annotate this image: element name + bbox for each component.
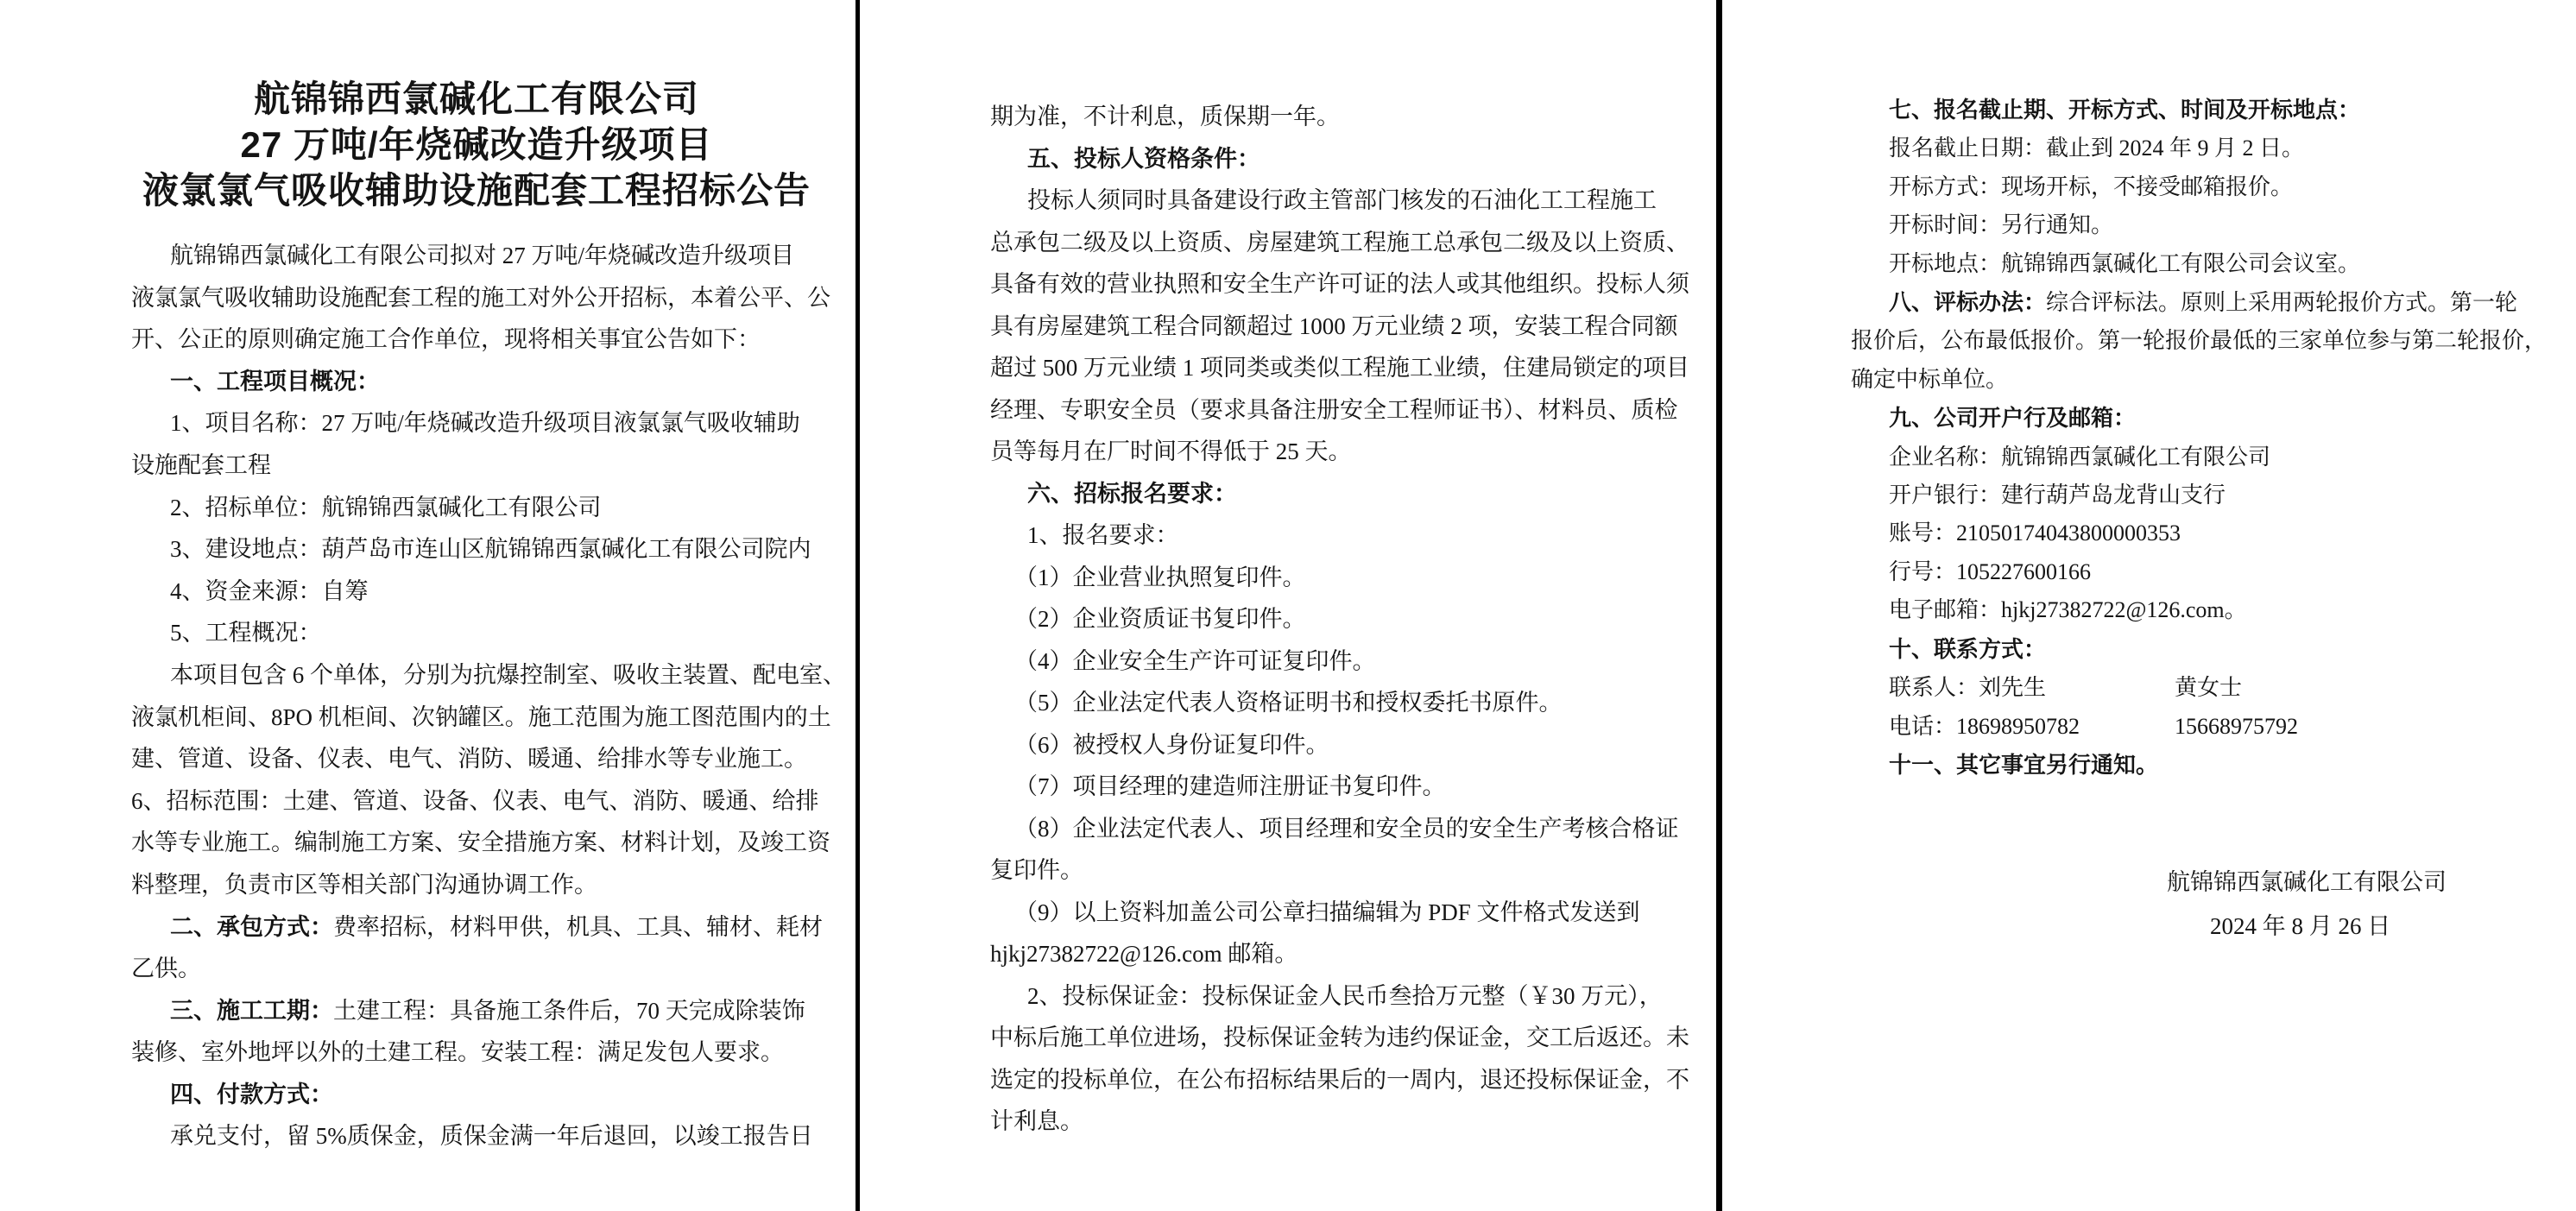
page-3: 七、报名截止期、开标方式、时间及开标地点：报名截止日期：截止到 2024 年 9… xyxy=(1722,0,2576,1211)
text-line: 设施配套工程 xyxy=(131,445,832,487)
text-line: 报名截止日期：截止到 2024 年 9 月 2 日。 xyxy=(1851,129,2552,167)
text-line: （8）企业法定代表人、项目经理和安全员的安全生产考核合格证 xyxy=(990,808,1691,850)
text-line: （7）项目经理的建造师注册证书复印件。 xyxy=(990,766,1691,808)
text-line: 承兑支付，留 5%质保金，质保金满一年后退回，以竣工报告日 xyxy=(131,1115,832,1157)
text-line: 电话：1869895078215668975792 xyxy=(1851,708,2552,746)
document-title: 航锦锦西氯碱化工有限公司27 万吨/年烧碱改造升级项目液氯氯气吸收辅助设施配套工… xyxy=(121,76,832,213)
text-line: 联系人：刘先生黄女士 xyxy=(1851,669,2552,707)
text-line: 建、管道、设备、仪表、电气、消防、暖通、给排水等专业施工。 xyxy=(131,738,832,780)
heading-text: 七、报名截止期、开标方式、时间及开标地点： xyxy=(1889,97,2360,123)
text-line: 液氯氯气吸收辅助设施配套工程的施工对外公开招标，本着公平、公 xyxy=(131,277,832,319)
text-line: （6）被授权人身份证复印件。 xyxy=(990,724,1691,766)
text-line: 2、招标单位：航锦锦西氯碱化工有限公司 xyxy=(131,487,832,529)
text-line: （1）企业营业执照复印件。 xyxy=(990,557,1691,599)
text-line: 6、招标范围：土建、管道、设备、仪表、电气、消防、暖通、给排 xyxy=(131,780,832,823)
text-line: 电子邮箱：hjkj27382722@126.com。 xyxy=(1851,591,2552,629)
text-line: 三、施工工期：土建工程：具备施工条件后，70 天完成除装饰 xyxy=(131,990,832,1032)
text-line: （4）企业安全生产许可证复印件。 xyxy=(990,640,1691,683)
text-line: 经理、专职安全员（要求具备注册安全工程师证书）、材料员、质检 xyxy=(990,389,1691,432)
signature-company: 航锦锦西氯碱化工有限公司 xyxy=(2167,861,2447,905)
text-line: 装修、室外地坪以外的土建工程。安装工程：满足发包人要求。 xyxy=(131,1031,832,1074)
text-line: 期为准，不计利息，质保期一年。 xyxy=(990,96,1691,138)
text-line: 报价后，公布最低报价。第一轮报价最低的三家单位参与第二轮报价， xyxy=(1851,322,2552,360)
heading-text: 三、施工工期： xyxy=(170,998,333,1024)
text-line: 开标地点：航锦锦西氯碱化工有限公司会议室。 xyxy=(1851,245,2552,283)
text-line: 具备有效的营业执照和安全生产许可证的法人或其他组织。投标人须 xyxy=(990,263,1691,306)
text-line: 本项目包含 6 个单体，分别为抗爆控制室、吸收主装置、配电室、 xyxy=(131,654,832,697)
heading-text: 一、工程项目概况： xyxy=(170,369,380,394)
page-1-body: 航锦锦西氯碱化工有限公司拟对 27 万吨/年烧碱改造升级项目液氯氯气吸收辅助设施… xyxy=(131,235,832,1157)
text-line: 十一、其它事宜另行通知。 xyxy=(1851,746,2552,785)
text-line: 航锦锦西氯碱化工有限公司 xyxy=(121,76,832,122)
text-line: 开户银行：建行葫芦岛龙背山支行 xyxy=(1851,476,2552,514)
text-line: 1、报名要求： xyxy=(990,514,1691,557)
text-line: 计利息。 xyxy=(990,1101,1691,1143)
text-line: 企业名称：航锦锦西氯碱化工有限公司 xyxy=(1851,438,2552,476)
text-line: 液氯机柜间、8PO 机柜间、次钠罐区。施工范围为施工图范围内的土 xyxy=(131,697,832,739)
second-column-text: 黄女士 xyxy=(2175,669,2242,707)
text-line: 3、建设地点：葫芦岛市连山区航锦锦西氯碱化工有限公司院内 xyxy=(131,528,832,571)
heading-text: 六、招标报名要求： xyxy=(1027,481,1237,507)
text-line: 27 万吨/年烧碱改造升级项目 xyxy=(121,122,832,167)
text-line: 2、投标保证金：投标保证金人民币叁拾万元整（￥30 万元）， xyxy=(990,975,1691,1018)
page-3-body: 七、报名截止期、开标方式、时间及开标地点：报名截止日期：截止到 2024 年 9… xyxy=(1851,91,2552,785)
page-2-body: 期为准，不计利息，质保期一年。五、投标人资格条件：投标人须同时具备建设行政主管部… xyxy=(990,96,1691,1143)
text-line: 九、公司开户行及邮箱： xyxy=(1851,399,2552,438)
text-line: 七、报名截止期、开标方式、时间及开标地点： xyxy=(1851,91,2552,129)
text-line: 开、公正的原则确定施工合作单位，现将相关事宜公告如下： xyxy=(131,319,832,361)
text-line: 水等专业施工。编制施工方案、安全措施方案、材料计划，及竣工资 xyxy=(131,822,832,864)
text-line: 4、资金来源：自筹 xyxy=(131,571,832,613)
text-line: 具有房屋建筑工程合同额超过 1000 万元业绩 2 项，安装工程合同额 xyxy=(990,306,1691,348)
text-line: 超过 500 万元业绩 1 项同类或类似工程施工业绩，住建局锁定的项目 xyxy=(990,347,1691,389)
signature-block: 航锦锦西氯碱化工有限公司 2024 年 8 月 26 日 xyxy=(2167,861,2447,949)
heading-text: 二、承包方式： xyxy=(170,914,333,940)
text-line: 开标时间：另行通知。 xyxy=(1851,206,2552,244)
text-line: 一、工程项目概况： xyxy=(131,361,832,403)
text-line: 五、投标人资格条件： xyxy=(990,138,1691,180)
text-line: 航锦锦西氯碱化工有限公司拟对 27 万吨/年烧碱改造升级项目 xyxy=(131,235,832,277)
text-line: 复印件。 xyxy=(990,849,1691,892)
text-line: 开标方式：现场开标，不接受邮箱报价。 xyxy=(1851,168,2552,206)
heading-text: 五、投标人资格条件： xyxy=(1027,146,1260,172)
text-line: 账号：21050174043800000353 xyxy=(1851,514,2552,552)
page-2: 期为准，不计利息，质保期一年。五、投标人资格条件：投标人须同时具备建设行政主管部… xyxy=(860,0,1716,1211)
text-line: hjkj27382722@126.com 邮箱。 xyxy=(990,933,1691,975)
heading-text: 十一、其它事宜另行通知。 xyxy=(1889,752,2158,778)
heading-text: 八、评标办法： xyxy=(1889,289,2046,315)
text-line: 投标人须同时具备建设行政主管部门核发的石油化工工程施工 xyxy=(990,180,1691,222)
text-line: （9）以上资料加盖公司公章扫描编辑为 PDF 文件格式发送到 xyxy=(990,892,1691,934)
text-line: 八、评标办法：综合评标法。原则上采用两轮报价方式。第一轮 xyxy=(1851,283,2552,322)
tender-notice-document: { "document": { "pages": [ { "name": "pa… xyxy=(0,0,2576,1211)
second-column-text: 15668975792 xyxy=(2175,708,2298,746)
text-line: 1、项目名称：27 万吨/年烧碱改造升级项目液氯氯气吸收辅助 xyxy=(131,402,832,445)
text-line: （5）企业法定代表人资格证明书和授权委托书原件。 xyxy=(990,682,1691,724)
text-line: 十、联系方式： xyxy=(1851,630,2552,669)
text-line: 乙供。 xyxy=(131,948,832,990)
text-line: 行号：105227600166 xyxy=(1851,553,2552,591)
text-line: （2）企业资质证书复印件。 xyxy=(990,598,1691,640)
text-line: 液氯氯气吸收辅助设施配套工程招标公告 xyxy=(121,167,832,213)
text-line: 六、招标报名要求： xyxy=(990,473,1691,515)
page-divider-2 xyxy=(1716,0,1722,1211)
heading-text: 九、公司开户行及邮箱： xyxy=(1889,405,2136,431)
signature-date: 2024 年 8 月 26 日 xyxy=(2167,905,2447,949)
text-line: 选定的投标单位，在公布招标结果后的一周内，退还投标保证金，不 xyxy=(990,1059,1691,1101)
text-line: 中标后施工单位进场，投标保证金转为违约保证金，交工后返还。未 xyxy=(990,1017,1691,1059)
text-line: 料整理，负责市区等相关部门沟通协调工作。 xyxy=(131,864,832,906)
text-line: 二、承包方式：费率招标，材料甲供，机具、工具、辅材、耗材 xyxy=(131,906,832,949)
text-line: 四、付款方式： xyxy=(131,1074,832,1116)
text-line: 总承包二级及以上资质、房屋建筑工程施工总承包二级及以上资质、 xyxy=(990,222,1691,264)
text-line: 5、工程概况： xyxy=(131,612,832,654)
page-1: 航锦锦西氯碱化工有限公司27 万吨/年烧碱改造升级项目液氯氯气吸收辅助设施配套工… xyxy=(0,0,856,1211)
text-line: 员等每月在厂时间不得低于 25 天。 xyxy=(990,431,1691,473)
heading-text: 四、付款方式： xyxy=(170,1082,333,1107)
heading-text: 十、联系方式： xyxy=(1889,636,2046,662)
text-line: 确定中标单位。 xyxy=(1851,361,2552,399)
